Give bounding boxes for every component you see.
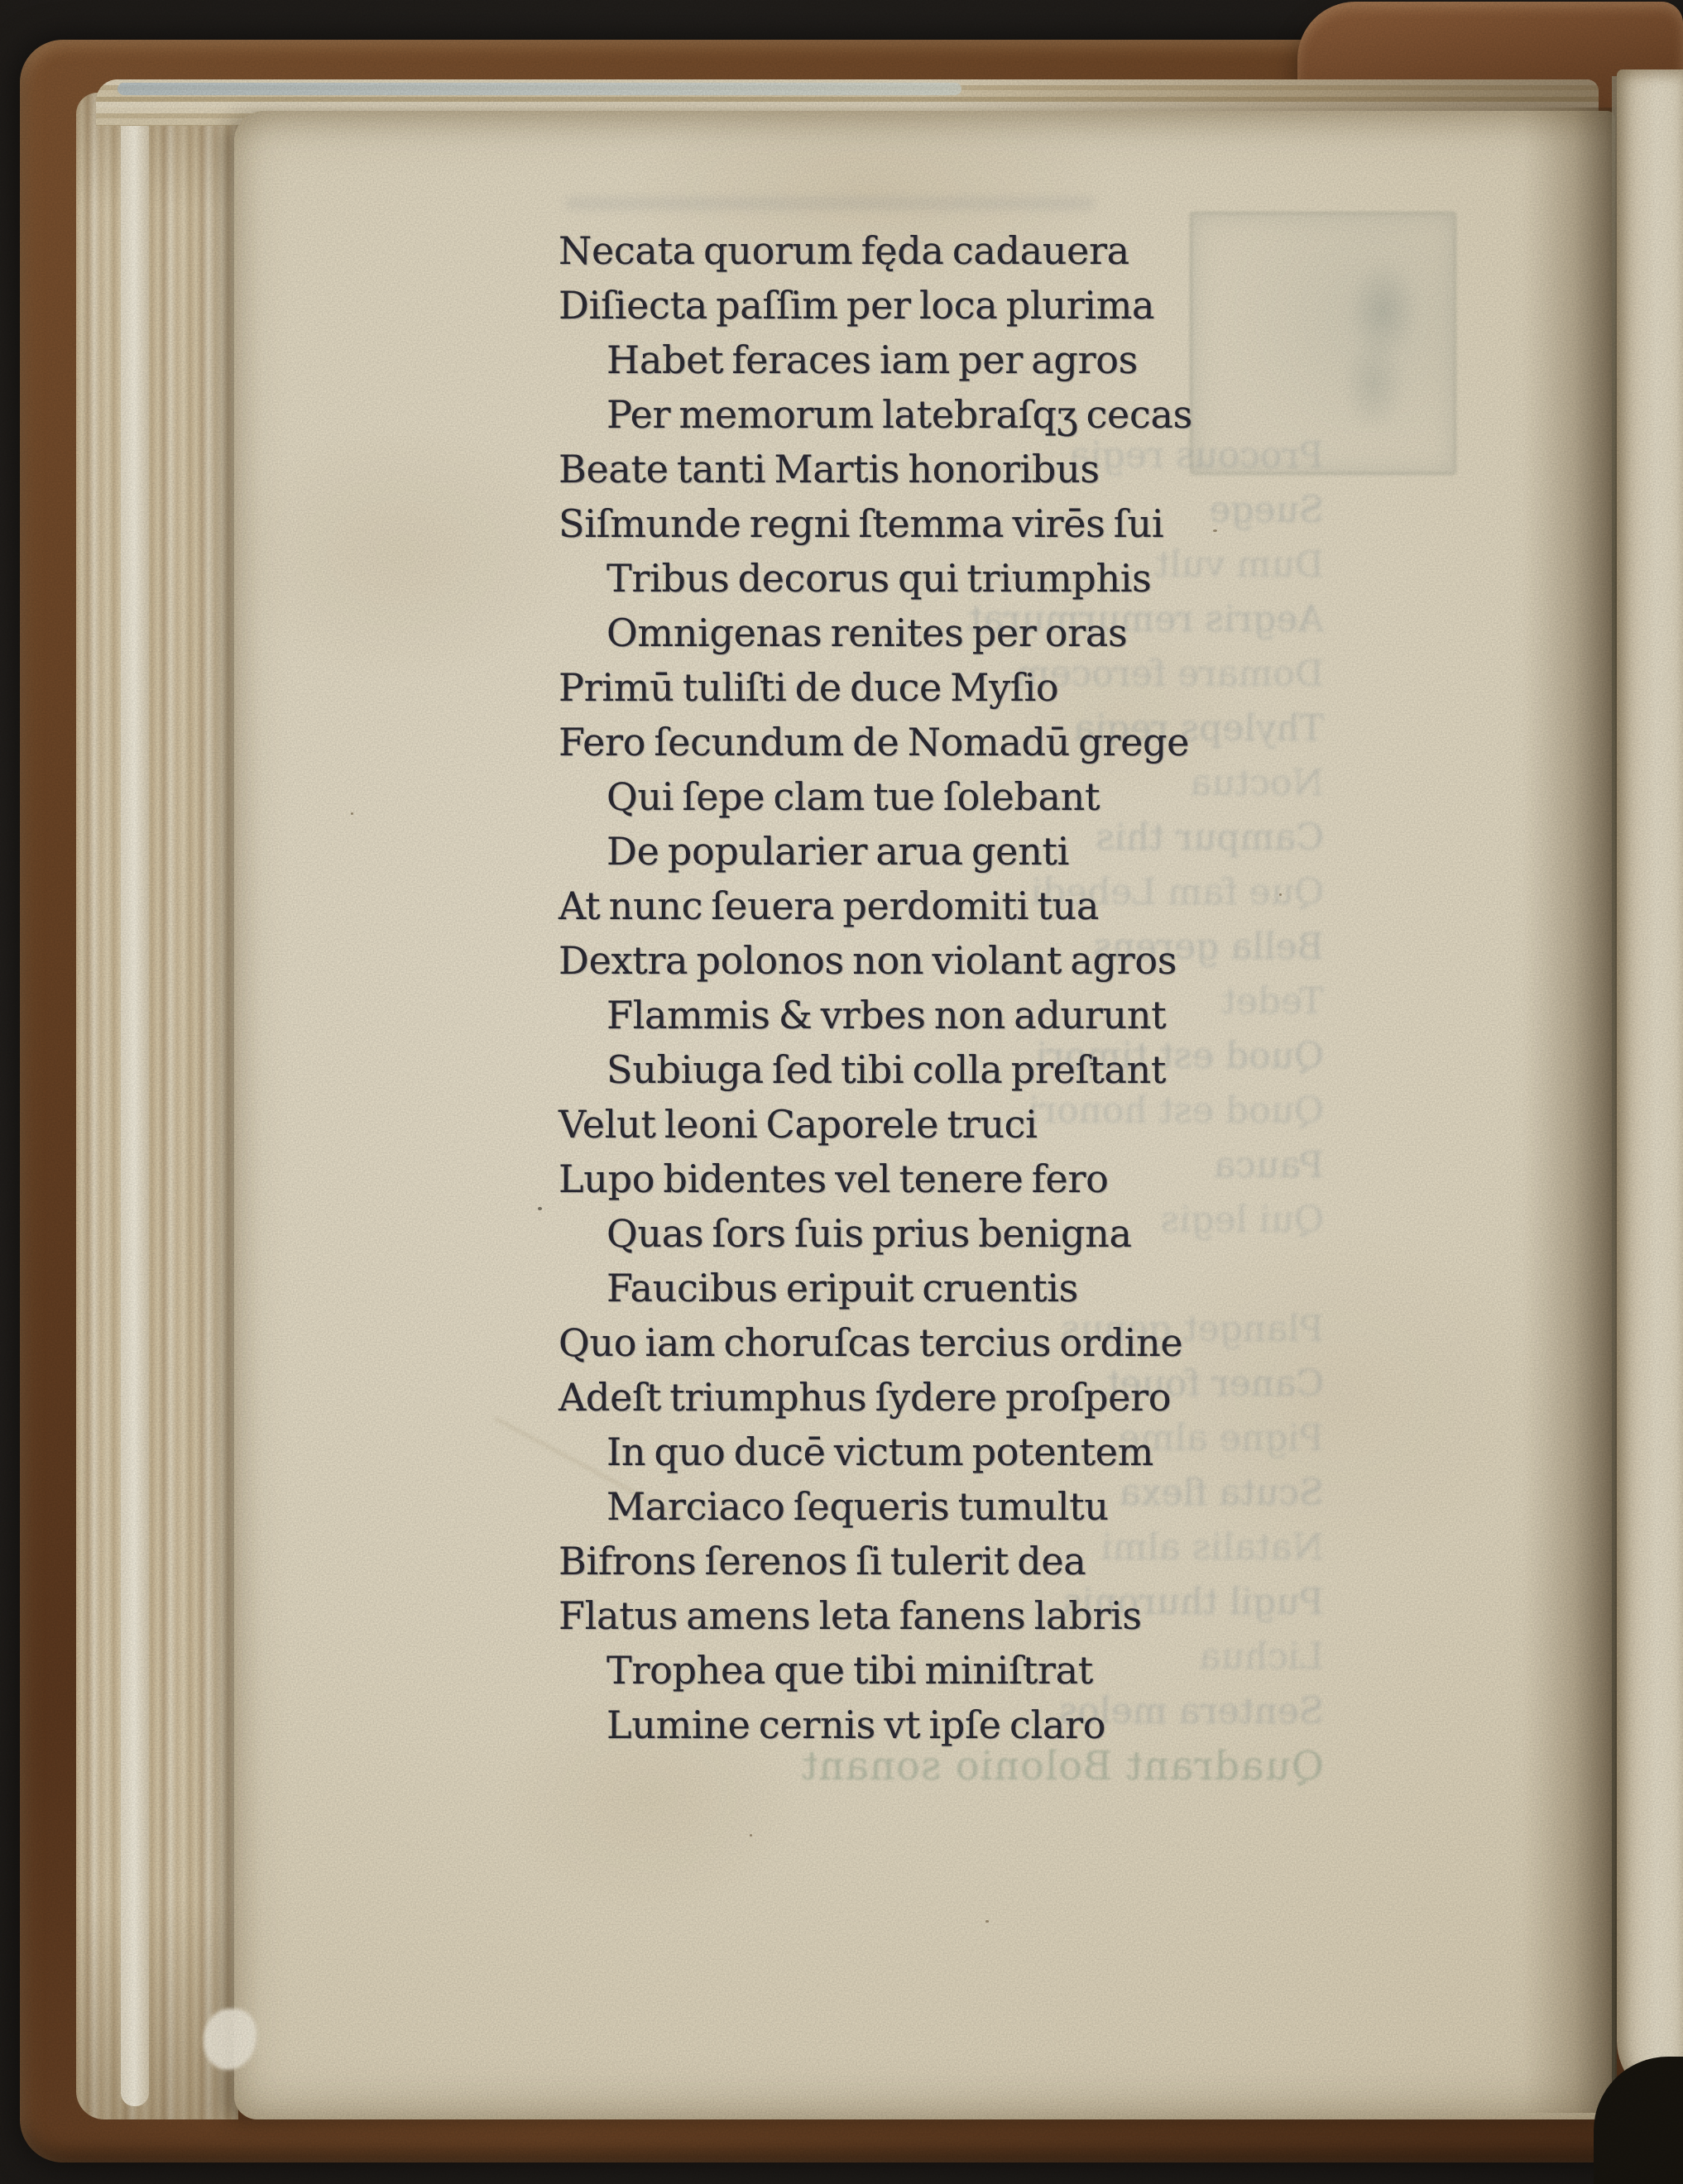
poem-line: Trophea que tibi miniſtrat xyxy=(607,1643,1585,1698)
page-stack-fore-edge xyxy=(76,93,238,2119)
poem-line: Bifrons ſerenos ſi tulerit dea xyxy=(559,1534,1585,1588)
poem-line: Omnigenas renites per oras xyxy=(607,606,1585,660)
paper-speck xyxy=(351,812,353,815)
poem-line: Necata quorum fęda cadauera xyxy=(559,223,1585,278)
paper-speck xyxy=(1279,893,1282,896)
poem-line: Fero ſecundum de Nomadū grege xyxy=(559,715,1585,769)
poem-line: Subiuga ſed tibi colla preſtant xyxy=(607,1042,1585,1097)
poem-line: De popularier arua genti xyxy=(607,824,1585,879)
poem-line: Primū tuliſti de duce Myſio xyxy=(559,660,1585,715)
poem-line: Beate tanti Martis honoribus xyxy=(559,442,1585,496)
poem-line: Tribus decorus qui triumphis xyxy=(607,551,1585,606)
recto-page: Procous regia Suege Dum vult Aegris remu… xyxy=(234,111,1615,2119)
poem-line: Lumine cernis vt ipſe claro xyxy=(607,1698,1585,1752)
poem-line: Flatus amens leta fanens labris xyxy=(559,1588,1585,1643)
poem-line: Siſmunde regni ſtemma virēs ſui xyxy=(559,496,1585,551)
poem-line: Per memorum latebraſqʒ cecas xyxy=(607,387,1585,442)
poem-line: Dextra polonos non violant agros xyxy=(559,933,1585,988)
poem-line: Quas ſors ſuis prius benigna xyxy=(607,1206,1585,1261)
page-stack-highlight-edge xyxy=(121,104,149,2106)
poem-line: Velut leoni Caporele truci xyxy=(559,1097,1585,1152)
poem-line: Quo iam choruſcas tercius ordine xyxy=(559,1315,1585,1370)
poem-text-block: Necata quorum fęda cadauera Diſiecta paſ… xyxy=(559,223,1585,1752)
poem-line: In quo ducē victum potentem xyxy=(607,1425,1585,1479)
poem-line: Adeſt triumphus ſydere proſpero xyxy=(559,1370,1585,1425)
poem-line: At nunc ſeuera perdomiti tua xyxy=(559,879,1585,933)
poem-line: Marciaco ſequeris tumultu xyxy=(607,1479,1585,1534)
poem-line: Qui ſepe clam tue ſolebant xyxy=(607,769,1585,824)
poem-line: Diſiecta paſſim per loca plurima xyxy=(559,278,1585,333)
poem-line: Habet feraces iam per agros xyxy=(607,333,1585,387)
paper-speck xyxy=(985,1920,989,1923)
endpaper-edge xyxy=(117,83,961,95)
show-through-smudge xyxy=(565,197,1095,210)
paper-speck xyxy=(750,1834,752,1837)
poem-line: Faucibus eripuit cruentis xyxy=(607,1261,1585,1315)
paper-speck xyxy=(1213,529,1217,532)
gutter-shadow xyxy=(1522,108,1617,2113)
book-scan-photo: Procous regia Suege Dum vult Aegris remu… xyxy=(0,0,1683,2184)
poem-line: Flammis & vrbes non adurunt xyxy=(607,988,1585,1042)
paper-speck xyxy=(538,1207,542,1210)
facing-page-sliver xyxy=(1617,69,1683,2106)
poem-line: Lupo bidentes vel tenere fero xyxy=(559,1152,1585,1206)
